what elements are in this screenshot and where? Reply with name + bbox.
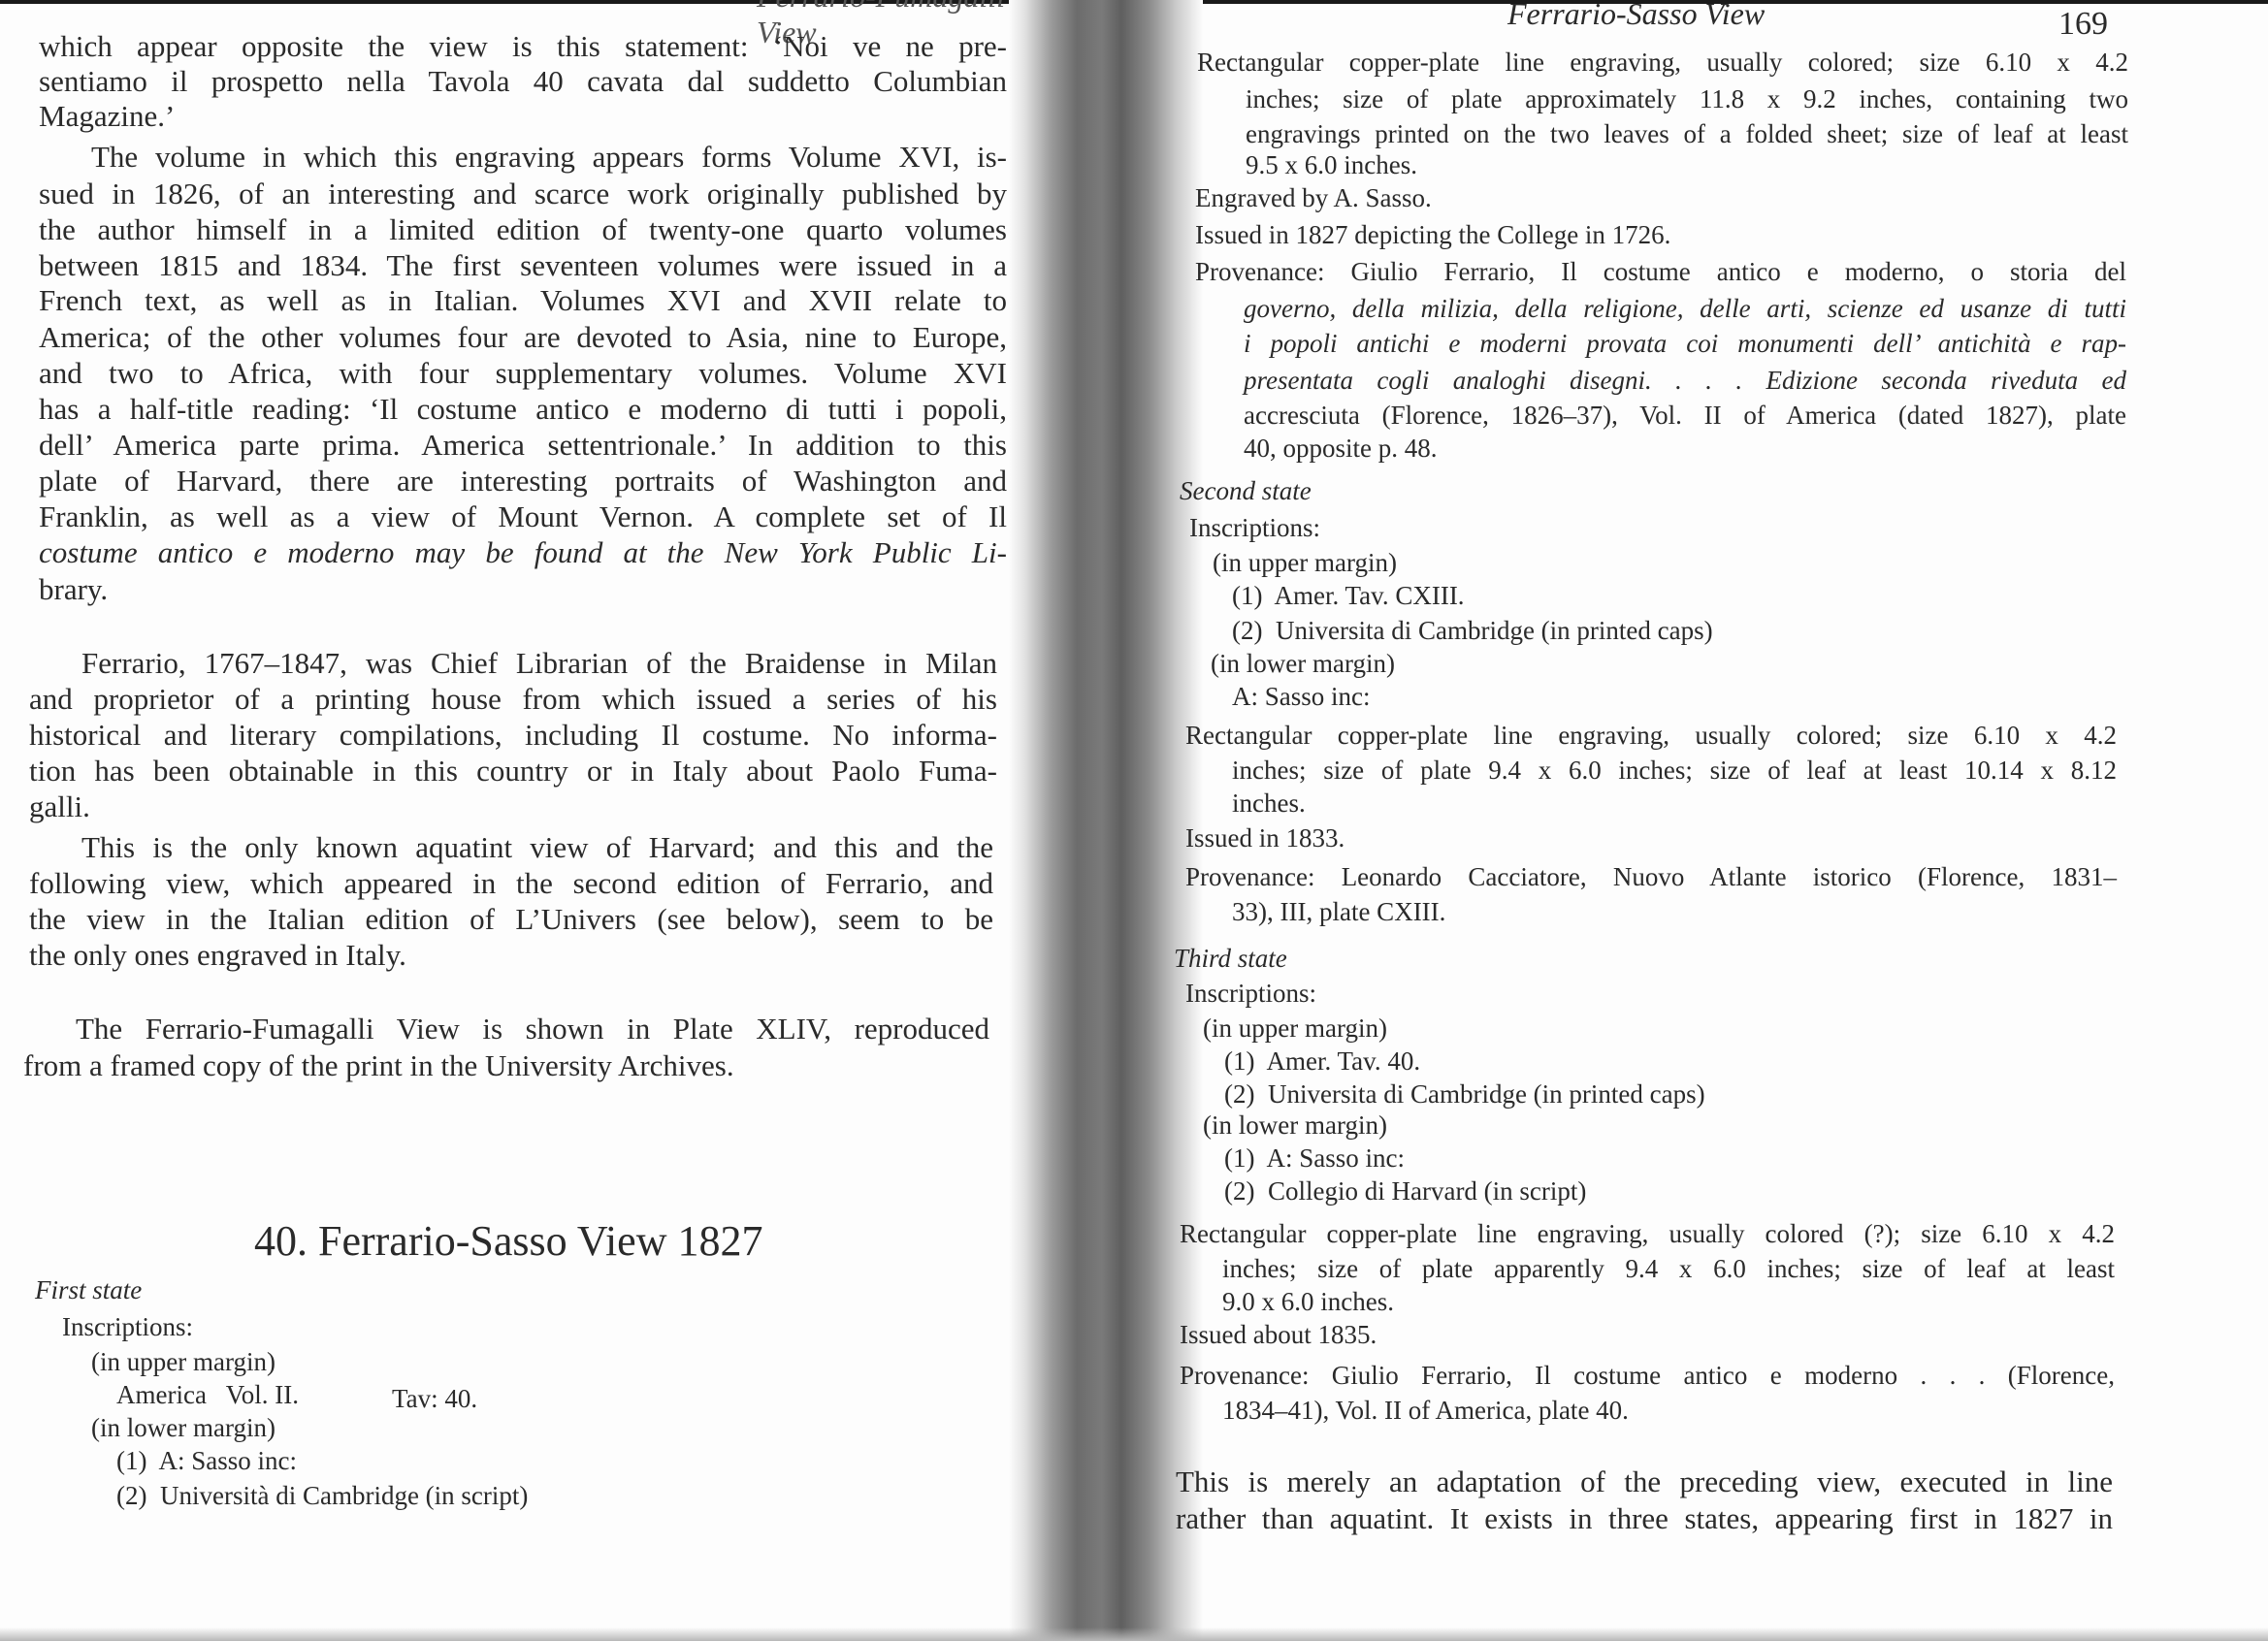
text-line: Engraved by A. Sasso. bbox=[1195, 180, 1432, 215]
text-line: Issued about 1835. bbox=[1180, 1317, 1377, 1352]
text-line: sued in 1826, of an interesting and scar… bbox=[39, 177, 1007, 211]
text-line: presentata cogli analoghi disegni. . . .… bbox=[1244, 363, 2126, 398]
lower-margin-label: (in lower margin) bbox=[1203, 1108, 1387, 1142]
text-line: Rectangular copper-plate line engraving,… bbox=[1197, 45, 2128, 80]
text-line: Franklin, as well as a view of Mount Ver… bbox=[39, 499, 1007, 534]
inscription-text: Tav: 40. bbox=[392, 1381, 477, 1416]
inscription-text: (2) Universita di Cambridge (in printed … bbox=[1232, 613, 1713, 648]
text-line: which appear opposite the view is this s… bbox=[39, 29, 1007, 64]
text-line: engravings printed on the two leaves of … bbox=[1246, 116, 2128, 151]
text-line: i popoli antichi e moderni provata coi m… bbox=[1244, 326, 2126, 361]
state-label-second: Second state bbox=[1180, 473, 1312, 508]
text-line: Provenance: Giulio Ferrario, Il costume … bbox=[1195, 254, 2126, 289]
upper-margin-label: (in upper margin) bbox=[1213, 545, 1397, 580]
upper-margin-label: (in upper margin) bbox=[91, 1344, 275, 1379]
inscriptions-label: Inscriptions: bbox=[1185, 976, 1316, 1011]
text-line: tion has been obtainable in this country… bbox=[29, 754, 997, 788]
text-line: brary. bbox=[39, 572, 108, 607]
inscription-text: America Vol. II. bbox=[116, 1377, 299, 1412]
inscription-text: (2) Universita di Cambridge (in printed … bbox=[1224, 1077, 1705, 1111]
text-line: and two to Africa, with four supplementa… bbox=[39, 356, 1007, 391]
inscriptions-label: Inscriptions: bbox=[1189, 510, 1320, 545]
inscription-text: (2) Università di Cambridge (in script) bbox=[116, 1478, 528, 1513]
text-line: 40, opposite p. 48. bbox=[1244, 431, 1438, 466]
inscription-text: A: Sasso inc: bbox=[1232, 679, 1371, 714]
text-line: Rectangular copper-plate line engraving,… bbox=[1185, 718, 2117, 753]
page-number: 169 bbox=[2058, 6, 2108, 43]
upper-margin-label: (in upper margin) bbox=[1203, 1011, 1387, 1046]
text-line: historical and literary compilations, in… bbox=[29, 718, 997, 753]
text-line: the only ones engraved in Italy. bbox=[29, 938, 406, 973]
text-line: 9.5 x 6.0 inches. bbox=[1246, 147, 1417, 182]
text-line: dell’ America parte prima. America sette… bbox=[39, 428, 1007, 463]
text-line: governo, della milizia, della religione,… bbox=[1244, 291, 2126, 326]
scan-bottom-edge bbox=[0, 1627, 2268, 1641]
text-line: Rectangular copper-plate line engraving,… bbox=[1180, 1216, 2115, 1251]
inscription-text: (1) Amer. Tav. 40. bbox=[1224, 1044, 1420, 1078]
text-line: the author himself in a limited edition … bbox=[39, 212, 1007, 247]
text-line: from a framed copy of the print in the U… bbox=[23, 1048, 734, 1083]
text-line: The Ferrario-Fumagalli View is shown in … bbox=[76, 1012, 989, 1046]
text-line: This is the only known aquatint view of … bbox=[81, 830, 993, 865]
text-line: inches; size of plate 9.4 x 6.0 inches; … bbox=[1232, 753, 2117, 788]
inscription-text: (1) A: Sasso inc: bbox=[1224, 1141, 1405, 1175]
text-line: costume antico e moderno may be found at… bbox=[39, 535, 1007, 570]
text-line: inches; size of plate apparently 9.4 x 6… bbox=[1222, 1251, 2115, 1286]
text-line: French text, as well as in Italian. Volu… bbox=[39, 283, 1007, 318]
text-line: America; of the other volumes four are d… bbox=[39, 320, 1007, 355]
text-line: This is merely an adaptation of the prec… bbox=[1176, 1464, 2113, 1499]
text-line: 1834–41), Vol. II of America, plate 40. bbox=[1222, 1393, 1629, 1428]
lower-margin-label: (in lower margin) bbox=[91, 1410, 275, 1445]
text-line: 9.0 x 6.0 inches. bbox=[1222, 1284, 1394, 1319]
inscription-text: (2) Collegio di Harvard (in script) bbox=[1224, 1174, 1586, 1208]
text-line: Issued in 1833. bbox=[1185, 820, 1345, 855]
state-label-third: Third state bbox=[1174, 941, 1287, 976]
text-line: inches. bbox=[1232, 786, 1306, 820]
left-page: Ferrario-Fumagalli View which appear opp… bbox=[0, 0, 1028, 1641]
text-line: Issued in 1827 depicting the College in … bbox=[1195, 217, 1670, 252]
text-line: sentiamo il prospetto nella Tavola 40 ca… bbox=[39, 64, 1007, 99]
lower-margin-label: (in lower margin) bbox=[1211, 646, 1395, 681]
text-line: accresciuta (Florence, 1826–37), Vol. II… bbox=[1244, 398, 2126, 433]
text-line: plate of Harvard, there are interesting … bbox=[39, 464, 1007, 499]
text-line: rather than aquatint. It exists in three… bbox=[1176, 1501, 2113, 1536]
entry-title: 40. Ferrario-Sasso View 1827 bbox=[254, 1216, 762, 1266]
text-line: 33), III, plate CXIII. bbox=[1232, 894, 1445, 929]
inscription-text: (1) A: Sasso inc: bbox=[116, 1443, 297, 1478]
text-line: the view in the Italian edition of L’Uni… bbox=[29, 902, 993, 937]
inscriptions-label: Inscriptions: bbox=[62, 1309, 193, 1344]
text-line: The volume in which this engraving appea… bbox=[91, 140, 1007, 175]
right-running-head: Ferrario-Sasso View bbox=[1507, 0, 1765, 32]
text-line: between 1815 and 1834. The first sevente… bbox=[39, 248, 1007, 283]
text-line: Provenance: Leonardo Cacciatore, Nuovo A… bbox=[1185, 859, 2117, 894]
text-line: galli. bbox=[29, 789, 90, 824]
text-line: Magazine.’ bbox=[39, 99, 175, 134]
text-line: inches; size of plate approximately 11.8… bbox=[1246, 81, 2128, 116]
text-line: has a half-title reading: ‘Il costume an… bbox=[39, 392, 1007, 427]
right-page: Ferrario-Sasso View 169 Rectangular copp… bbox=[1174, 0, 2268, 1641]
text-line: and proprietor of a printing house from … bbox=[29, 682, 997, 717]
inscription-text: (1) Amer. Tav. CXIII. bbox=[1232, 578, 1465, 613]
text-line: Provenance: Giulio Ferrario, Il costume … bbox=[1180, 1358, 2115, 1393]
text-line: following view, which appeared in the se… bbox=[29, 866, 993, 901]
text-line: Ferrario, 1767–1847, was Chief Librarian… bbox=[81, 646, 997, 681]
state-label-first: First state bbox=[35, 1272, 142, 1307]
